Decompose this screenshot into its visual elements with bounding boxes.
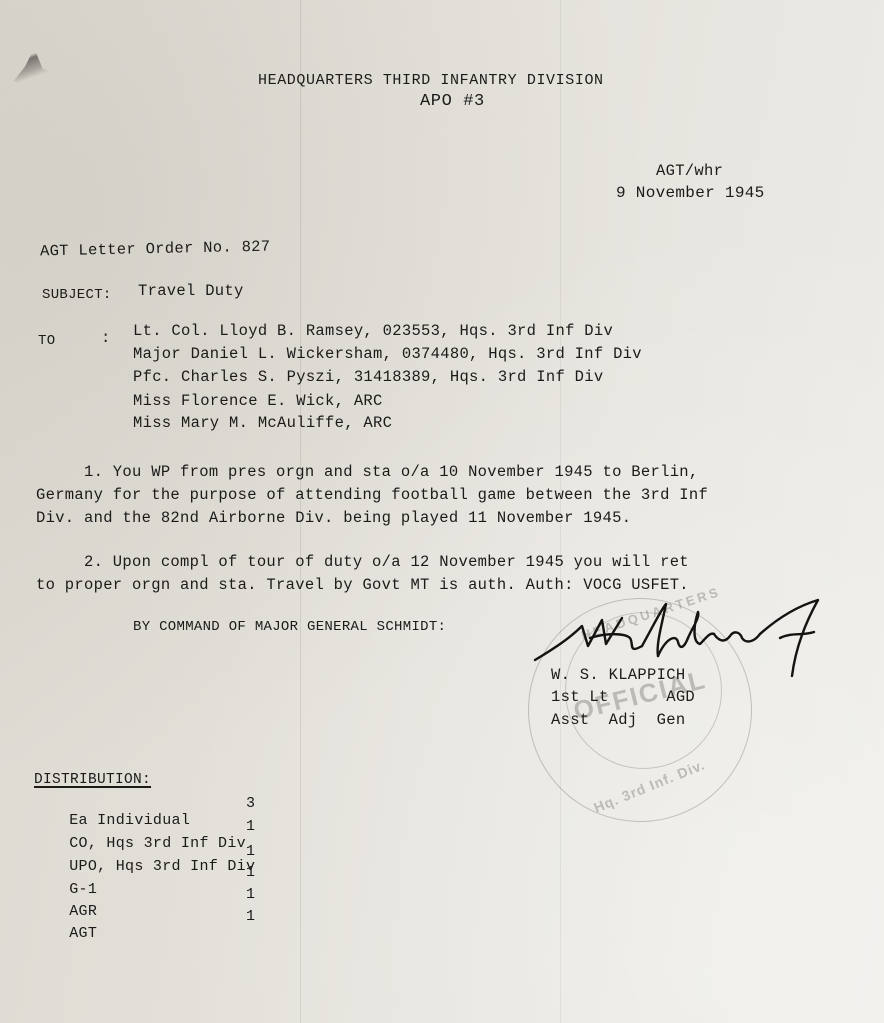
recipient-line: Miss Florence E. Wick, ARC [133,392,383,410]
recipient-line: Major Daniel L. Wickersham, 0374480, Hqs… [133,345,642,363]
to-colon: : [101,329,111,347]
distribution-count: 1 [246,818,255,835]
by-command-line: BY COMMAND OF MAJOR GENERAL SCHMIDT: [133,619,446,635]
distribution-count: 1 [246,908,255,925]
paragraph-1-line: 1. You WP from pres orgn and sta o/a 10 … [36,463,699,481]
distribution-count: 3 [246,795,255,812]
distribution-heading: DISTRIBUTION: [34,772,151,788]
paragraph-1-line: Div. and the 82nd Airborne Div. being pl… [36,509,631,527]
letterhead-title: HEADQUARTERS THIRD INFANTRY DIVISION [258,72,604,89]
recipient-line: Pfc. Charles S. Pyszi, 31418389, Hqs. 3r… [133,368,603,386]
distribution-row: AGT 1 [32,908,272,976]
distribution-count: 1 [246,886,255,903]
distribution-label: AGT [69,925,97,942]
document-date: 9 November 1945 [616,184,765,202]
letterhead-apo: APO #3 [420,92,485,111]
recipient-line: Lt. Col. Lloyd B. Ramsey, 023553, Hqs. 3… [133,322,613,340]
order-number: AGT Letter Order No. 827 [40,238,271,261]
distribution-count: 1 [246,843,255,860]
to-label: TO [38,333,55,349]
torn-corner [8,30,66,90]
paragraph-2-line: 2. Upon compl of tour of duty o/a 12 Nov… [36,553,689,571]
paragraph-1-line: Germany for the purpose of attending foo… [36,486,708,504]
paragraph-2-line: to proper orgn and sta. Travel by Govt M… [36,576,689,594]
signatory-rank: 1st Lt AGD [551,688,695,706]
distribution-count: 1 [246,864,255,881]
document-page: HEADQUARTERS THIRD INFANTRY DIVISION APO… [0,0,884,1023]
recipient-line: Miss Mary M. McAuliffe, ARC [133,414,392,432]
reference-code: AGT/whr [656,162,723,180]
signatory-name: W. S. KLAPPICH [551,666,685,684]
subject-label: SUBJECT: [42,287,112,303]
subject-value: Travel Duty [138,282,244,300]
signatory-title: Asst Adj Gen [551,711,685,729]
